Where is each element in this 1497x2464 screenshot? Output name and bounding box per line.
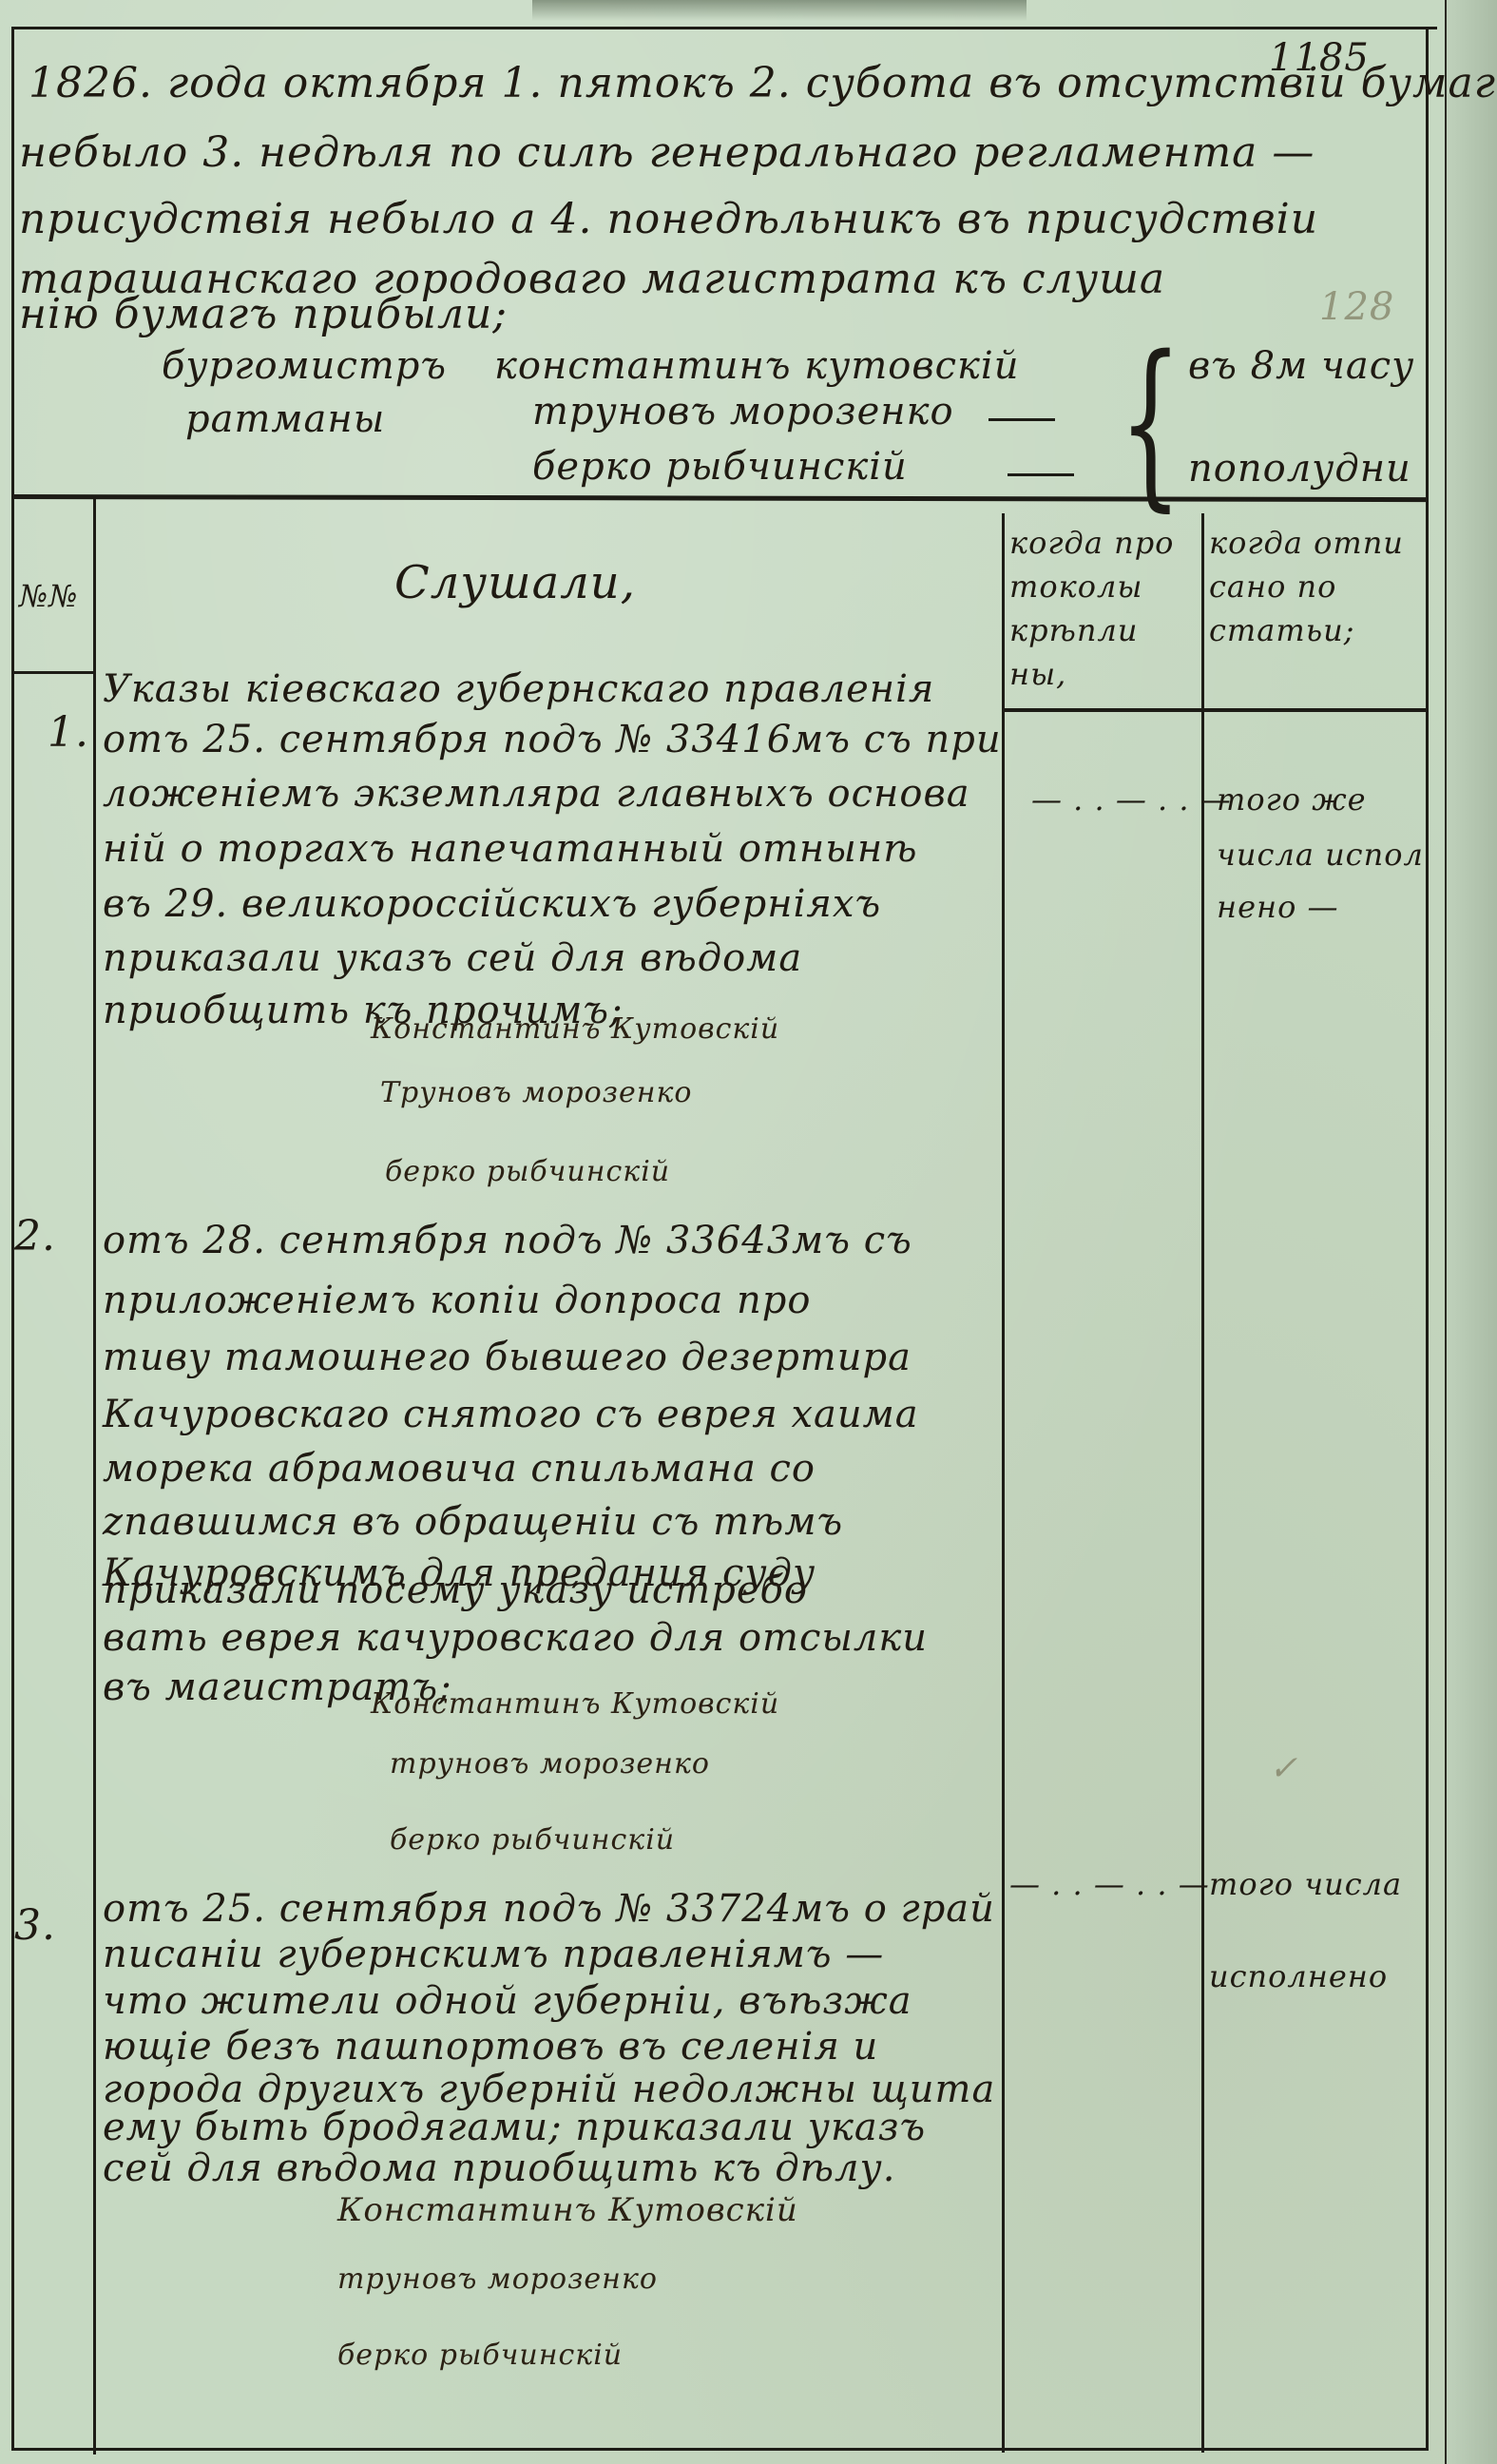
row-line: отъ 28. сентября подъ № 33643мъ съ xyxy=(103,1219,912,1262)
column-header-no: №№ xyxy=(19,578,79,614)
sent-line: исполнено xyxy=(1209,1958,1388,1994)
signature: труновъ морозенко xyxy=(390,1747,710,1781)
sent-line: нено — xyxy=(1217,889,1339,925)
header-line: небыло 3. недѣля по силѣ генеральнаго ре… xyxy=(19,128,1315,177)
member-2: труновъ морозенко xyxy=(532,390,954,433)
row-line: ему быть бродягами; приказали указъ xyxy=(103,2106,926,2149)
column-header-copied-label: когда про токолы крѣпли ны, xyxy=(1009,525,1174,692)
row-line: приказали указъ сей для вѣдома xyxy=(103,936,802,980)
row-line: тиву тамошнего бывшего дезертира xyxy=(103,1336,912,1379)
header-line: 1826. года октября 1. пятокъ 2. субота в… xyxy=(29,59,1497,107)
copied-mark: — . . — . . — xyxy=(1009,1866,1210,1902)
row-line: znавшимся въ обращеніи съ тѣмъ xyxy=(103,1500,843,1544)
row-line: писаніи губернскимъ правленіямъ — xyxy=(103,1933,884,1976)
sent-line: того же xyxy=(1217,781,1367,818)
role-burgomaster: бургомистръ xyxy=(162,344,447,388)
rule-header-bottom xyxy=(11,494,1428,502)
rule-col-no xyxy=(93,496,96,2454)
row-line: приказали посему указу истребо xyxy=(103,1569,808,1612)
row-line: отъ 25. сентября подъ № 33724мъ о грай xyxy=(103,1887,995,1931)
margin-scribble: ✓ xyxy=(1269,1749,1298,1788)
sent-line: числа испол xyxy=(1217,837,1424,873)
column-header-sent: когда отпи сано по статьи; xyxy=(1209,521,1423,652)
row-line: Качуровскаго снятого съ еврея хаима xyxy=(103,1393,919,1436)
margin-mark: 128 xyxy=(1319,285,1394,329)
member-3: берко рыбчинскій xyxy=(532,445,908,489)
signature: Константинъ Кутовскій xyxy=(371,1012,779,1046)
dash xyxy=(988,418,1055,421)
signature: Труновъ морозенко xyxy=(380,1076,692,1109)
document-page: 1185 128 1826. года октября 1. пятокъ 2.… xyxy=(0,0,1497,2464)
signature: Константинъ Кутовскій xyxy=(337,2191,798,2229)
signature: труновъ морозенко xyxy=(337,2262,658,2296)
preamble: Указы кіевскаго губернскаго правленія xyxy=(103,667,934,711)
binding-shadow xyxy=(532,0,1027,21)
row-line: приложеніемъ копіи допроса про xyxy=(103,1279,811,1322)
row-number: 1. xyxy=(48,708,89,757)
copied-mark: — . . — . . — xyxy=(1031,781,1232,818)
column-header-heard: Слушали, xyxy=(394,556,636,609)
row-line: ющіе безъ пашпортовъ въ селенія и xyxy=(103,2025,878,2069)
role-ratman: ратманы xyxy=(185,397,385,441)
signature: берко рыбчинскій xyxy=(385,1155,670,1188)
time-from: въ 8м часу xyxy=(1188,344,1414,388)
header-line: нію бумагъ прибыли; xyxy=(19,290,508,338)
row-line: въ 29. великороссійскихъ губерніяхъ xyxy=(103,882,881,926)
rule-bottom xyxy=(11,2448,1428,2451)
signature: берко рыбчинскій xyxy=(390,1823,675,1857)
row-number: 3. xyxy=(14,1901,56,1950)
page-edge-binding xyxy=(1445,0,1497,2464)
dash xyxy=(1008,473,1074,476)
sent-line: того числа xyxy=(1209,1866,1402,1902)
signature: берко рыбчинскій xyxy=(337,2339,623,2372)
rule-col-heard xyxy=(1002,513,1005,2453)
time-to: пополудни xyxy=(1188,447,1411,491)
row-line: морека абрамовича спильмана со xyxy=(103,1447,816,1491)
rule-table-header-no xyxy=(11,671,95,674)
row-line: что жители одной губерніи, въѣзжа xyxy=(103,1979,912,2023)
row-number: 2. xyxy=(14,1212,56,1261)
row-line: сей для вѣдома приобщить къ дѣлу. xyxy=(103,2146,895,2190)
brace-icon: { xyxy=(1119,333,1181,513)
member-1: константинъ кутовскій xyxy=(494,344,1019,388)
header-line: присудствія небыло а 4. понедѣльникъ въ … xyxy=(19,195,1318,243)
rule-table-header-right xyxy=(1002,708,1428,712)
row-line: отъ 25. сентября подъ № 33416мъ съ при xyxy=(103,718,1002,761)
row-line: ній о торгахъ напечатанный отнынѣ xyxy=(103,827,918,871)
row-line: ложеніемъ экземпляра главныхъ основа xyxy=(103,772,970,816)
rule-right xyxy=(1426,27,1429,2451)
row-line: вать еврея качуровскаго для отсылки xyxy=(103,1616,928,1660)
column-header-sent-label: когда отпи сано по статьи; xyxy=(1209,525,1404,648)
rule-top xyxy=(11,27,1437,29)
signature: Константинъ Кутовскій xyxy=(371,1687,779,1721)
column-header-copied: когда про токолы крѣпли ны, xyxy=(1009,521,1195,696)
